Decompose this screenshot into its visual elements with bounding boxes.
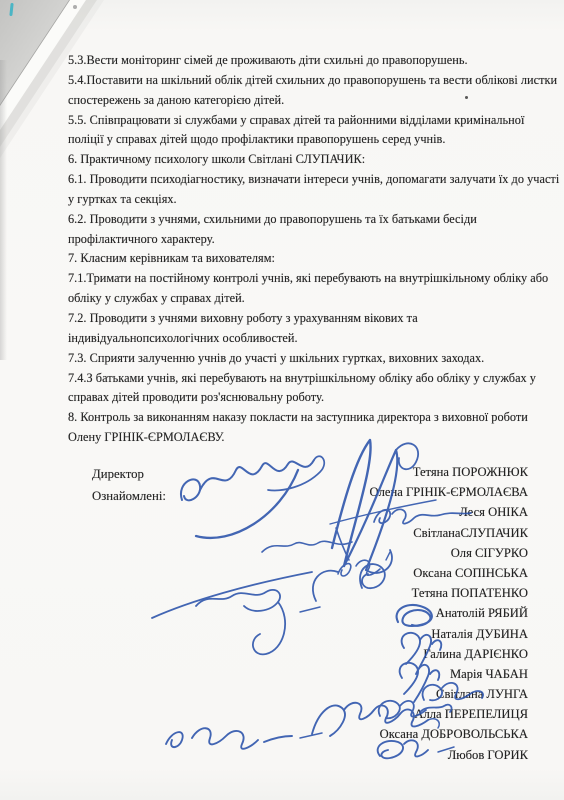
signatory-name: СвітланаСЛУПАЧИК	[370, 523, 528, 543]
signature-porozhniuk	[181, 456, 324, 538]
signatory-name: Алла ПЕРЕПЕЛИЦЯ	[370, 704, 528, 724]
signatory-name: Оксана ДОБРОВОЛЬСЬКА	[370, 724, 528, 744]
document-line: 7.1.Тримати на постійному контролі учнів…	[68, 269, 546, 289]
acknowledged-label: Ознайомлені:	[92, 486, 166, 508]
signature-popatenko	[152, 572, 320, 654]
document-line: 5.5. Співпрацювати зі службами у справах…	[68, 111, 546, 131]
signatory-name: Оля СІГУРКО	[370, 543, 528, 563]
document-line: обліку у службах у справах дітей.	[68, 289, 546, 309]
signatory-name: Любов ГОРИК	[370, 745, 528, 765]
document-line: Олену ГРІНІК-ЄРМОЛАЄВУ.	[68, 428, 546, 448]
signatory-name: Оксана СОПІНСЬКА	[370, 563, 528, 583]
document-line: у гуртках та секціях.	[68, 190, 546, 210]
document-line: 6. Практичному психологу школи Світлані …	[68, 150, 546, 170]
document-line: 8. Контроль за виконанням наказу покласт…	[68, 408, 546, 428]
document-line: 7.4.З батьками учнів, які перебувають на…	[68, 369, 546, 389]
document-line: індивідуальнопсихологічних особливостей.	[68, 329, 546, 349]
signatory-name: Галина ДАРІЄНКО	[370, 644, 528, 664]
acknowledged-names-list: Тетяна ПОРОЖНЮК Олена ГРІНІК-ЄРМОЛАЄВА Л…	[370, 462, 528, 765]
document-line: профілактичного характеру.	[68, 230, 546, 250]
document-line: 7.3. Сприяти залученню учнів до участі у…	[68, 349, 546, 369]
signatory-name: Світлана ЛУНГА	[370, 684, 528, 704]
document-line: 7.2. Проводити з учнями виховну роботу з…	[68, 309, 546, 329]
signatory-name: Марія ЧАБАН	[370, 664, 528, 684]
scanned-document-page: 5.3.Вести моніторинг сімей де проживають…	[0, 0, 564, 800]
document-line: 5.4.Поставити на шкільний облік дітей сх…	[68, 71, 546, 91]
signatory-name: Анатолій РЯБИЙ	[370, 603, 528, 623]
document-line: 7. Класним керівникам та вихователям:	[68, 249, 546, 269]
document-line: спостережень за даною категорією дітей.	[68, 91, 546, 111]
order-body: 5.3.Вести моніторинг сімей де проживають…	[68, 51, 546, 448]
signatory-name: Леся ОНІКА	[370, 502, 528, 522]
signature-labels: Директор Ознайомлені:	[92, 464, 166, 507]
signatory-name: Наталія ДУБИНА	[370, 624, 528, 644]
document-line: 6.2. Проводити з учнями, схильними до пр…	[68, 210, 546, 230]
document-line: 5.3.Вести моніторинг сімей де проживають…	[68, 51, 546, 71]
signatory-name: Тетяна ПОПАТЕНКО	[370, 583, 528, 603]
scan-speck-icon	[73, 5, 77, 9]
document-line: поліції у справах дітей щодо профілактик…	[68, 130, 546, 150]
signatory-name: Тетяна ПОРОЖНЮК	[370, 462, 528, 482]
signature-dobrovolska	[166, 728, 322, 749]
document-line: 6.1. Проводити психодіагностику, визнача…	[68, 170, 546, 190]
document-line: справах дітей проводити роз'яснювальну р…	[68, 388, 546, 408]
director-label: Директор	[92, 464, 166, 486]
signatory-name: Олена ГРІНІК-ЄРМОЛАЄВА	[370, 482, 528, 502]
signature-slupachyk	[262, 528, 352, 560]
